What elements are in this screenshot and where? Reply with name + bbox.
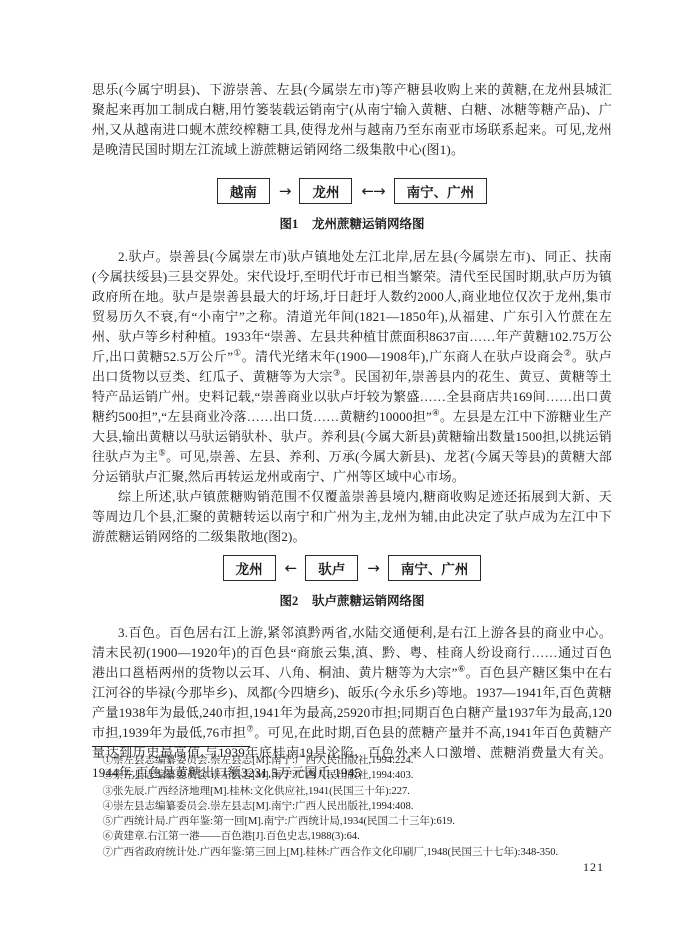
figure-1-flow-diagram: 越南→龙州←→南宁、广州: [92, 178, 612, 204]
flow-arrow-icon: →: [367, 559, 379, 577]
footnote-ref: ②: [564, 348, 572, 358]
footnote-item: ④崇左县志编纂委员会.崇左县志[M].南宁:广西人民出版社,1994:408.: [92, 799, 612, 814]
figure-2-caption-title: 驮卢蔗糖运销网络图: [312, 594, 425, 608]
figure-1-caption-label: 图1: [279, 217, 298, 231]
flow-arrow-icon: →: [279, 182, 291, 200]
flow-arrow-icon: ←: [285, 559, 297, 577]
paragraph-tuolu: 2.驮卢。崇善县(今属崇左市)驮卢镇地处左江北岸,居左县(今属崇左市)、同正、扶…: [92, 247, 612, 487]
footnote-divider: [92, 746, 250, 747]
footnote-item: ⑤广西统计局.广西年鉴:第一回[M].南宁:广西统计局,1934(民国二十三年)…: [92, 814, 612, 829]
flow-node-box: 南宁、广州: [394, 178, 488, 204]
figure-1-caption-title: 龙州蔗糖运销网络图: [312, 217, 425, 231]
body-text: 思乐(今属宁明县)、下游崇善、左县(今属崇左市)等产糖县收购上来的黄糖,在龙州县…: [92, 80, 612, 783]
footnote-item: ①崇左县志编纂委员会.崇左县志[M].南宁:广西人民出版社,1994:224.: [92, 753, 612, 768]
page-number: 121: [583, 860, 604, 875]
book-page: 思乐(今属宁明县)、下游崇善、左县(今属崇左市)等产糖县收购上来的黄糖,在龙州县…: [0, 0, 700, 943]
flow-arrow-icon: ←→: [361, 182, 384, 200]
footnote-item: ②崇左县志编纂委员会.崇左县志[M].南宁:广西人民出版社,1994:403.: [92, 768, 612, 783]
paragraph-tuolu-summary: 综上所述,驮卢镇蔗糖购销范围不仅覆盖崇善县境内,糖商收购足迹还拓展到大新、天等周…: [92, 487, 612, 547]
figure-1: 越南→龙州←→南宁、广州 图1龙州蔗糖运销网络图: [92, 178, 612, 232]
footnote-item: ⑦广西省政府统计处.广西年鉴:第三回上[M].桂林:广西合作文化印刷厂,1948…: [92, 845, 612, 860]
figure-2-caption-label: 图2: [279, 594, 298, 608]
figure-1-caption: 图1龙州蔗糖运销网络图: [92, 214, 612, 232]
footnote-ref: ①: [233, 348, 241, 358]
footnote-list: ①崇左县志编纂委员会.崇左县志[M].南宁:广西人民出版社,1994:224.②…: [92, 753, 612, 860]
flow-node-box: 驮卢: [305, 555, 358, 581]
paragraph-luzhou-continuation: 思乐(今属宁明县)、下游崇善、左县(今属崇左市)等产糖县收购上来的黄糖,在龙州县…: [92, 80, 612, 160]
footnote-ref: ⑤: [158, 448, 166, 458]
figure-2-caption: 图2驮卢蔗糖运销网络图: [92, 591, 612, 609]
footnote-ref: ⑦: [246, 724, 254, 734]
footnote-ref: ④: [432, 408, 440, 418]
footnote-ref: ③: [333, 368, 341, 378]
figure-2: 龙州←驮卢→南宁、广州 图2驮卢蔗糖运销网络图: [92, 555, 612, 609]
flow-node-box: 龙州: [223, 555, 276, 581]
flow-node-box: 越南: [217, 178, 270, 204]
flow-node-box: 南宁、广州: [388, 555, 482, 581]
footnote-section: ①崇左县志编纂委员会.崇左县志[M].南宁:广西人民出版社,1994:224.②…: [92, 746, 612, 860]
figure-2-flow-diagram: 龙州←驮卢→南宁、广州: [92, 555, 612, 581]
footnote-ref: ⑥: [458, 664, 466, 674]
footnote-item: ⑥黄建章.右江第一港——百色港[J].百色史志,1988(3):64.: [92, 829, 612, 844]
footnote-item: ③张先辰.广西经济地理[M].桂林:文化供应社,1941(民国三十年):227.: [92, 784, 612, 799]
flow-node-box: 龙州: [299, 178, 352, 204]
